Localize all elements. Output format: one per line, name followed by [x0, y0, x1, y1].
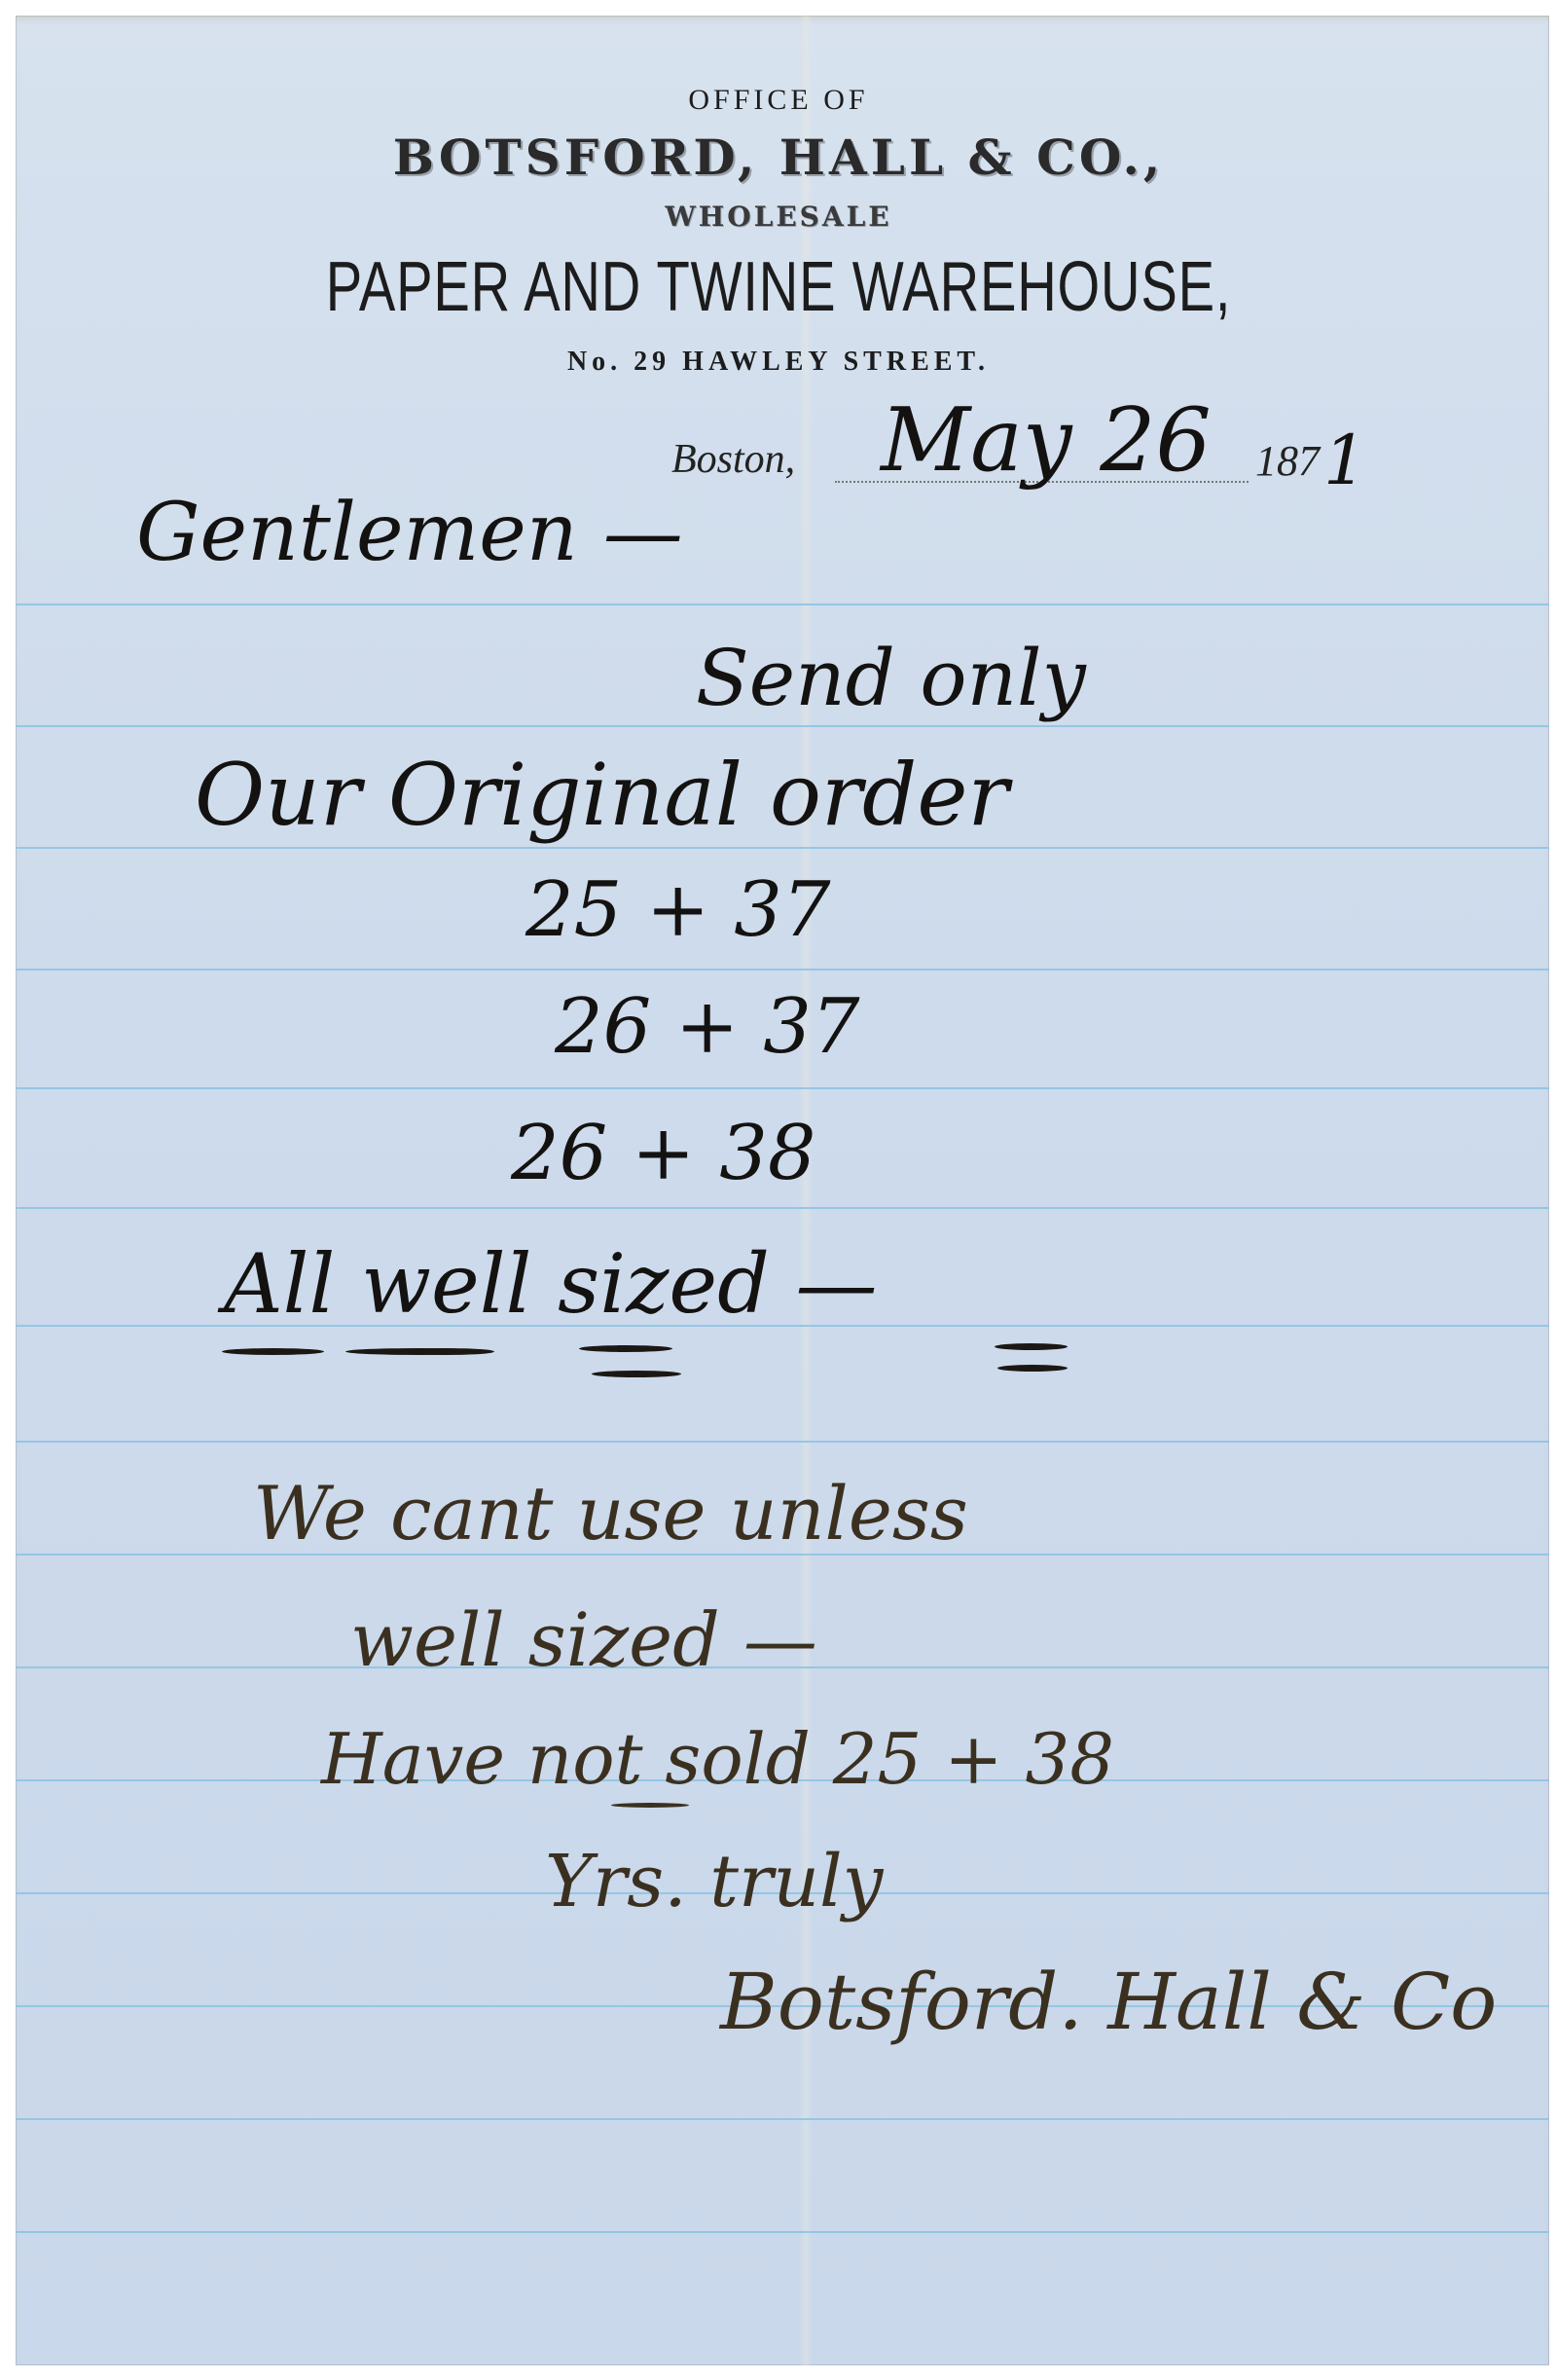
letter-line-1: Send only	[696, 633, 1086, 723]
rule-line	[16, 969, 1549, 970]
closing: Yrs. truly	[545, 1840, 884, 1923]
underline	[397, 1348, 494, 1355]
letterhead-wholesale: WHOLESALE	[0, 201, 1557, 233]
letter-line-order-3: 26 + 38	[511, 1110, 815, 1197]
underline-not	[611, 1803, 689, 1808]
underline	[997, 1365, 1068, 1372]
letter-line-all-well-sized: All well sized —	[224, 1236, 878, 1332]
rule-line	[16, 1441, 1549, 1443]
letter-line-cant-use: We cant use unless	[253, 1470, 968, 1556]
letter-line-2: Our Original order	[195, 745, 1008, 845]
letter-line-order-2: 26 + 37	[555, 983, 859, 1071]
underline	[579, 1345, 672, 1352]
rule-line	[16, 725, 1549, 727]
rule-line	[16, 2118, 1549, 2120]
letterhead-office-of: OFFICE OF	[0, 84, 1557, 117]
letterhead-firm-name: BOTSFORD, HALL & CO.,	[0, 128, 1557, 186]
rule-line	[16, 604, 1549, 605]
dateline-year-printed: 187	[1255, 436, 1320, 486]
dateline-handwritten-date: May 26	[881, 389, 1212, 492]
signature: Botsford. Hall & Co	[720, 1957, 1497, 2047]
letterhead-business: PAPER AND TWINE WAREHOUSE,	[171, 247, 1386, 327]
letter-line-well-sized: well sized —	[350, 1596, 817, 1683]
rule-line	[16, 2231, 1549, 2233]
dateline-city: Boston,	[671, 436, 795, 483]
salutation: Gentlemen —	[136, 487, 683, 579]
letter-line-have-not-sold: Have not sold 25 + 38	[321, 1718, 1114, 1800]
rule-line	[16, 1207, 1549, 1209]
underline	[592, 1371, 681, 1377]
letterhead-address: No. 29 HAWLEY STREET.	[0, 347, 1557, 378]
letter-line-order-1: 25 + 37	[525, 866, 830, 954]
dateline-year-handwritten: 1	[1323, 421, 1367, 500]
rule-line	[16, 1087, 1549, 1089]
underline	[995, 1343, 1068, 1350]
underline	[222, 1348, 324, 1355]
rule-line	[16, 847, 1549, 849]
